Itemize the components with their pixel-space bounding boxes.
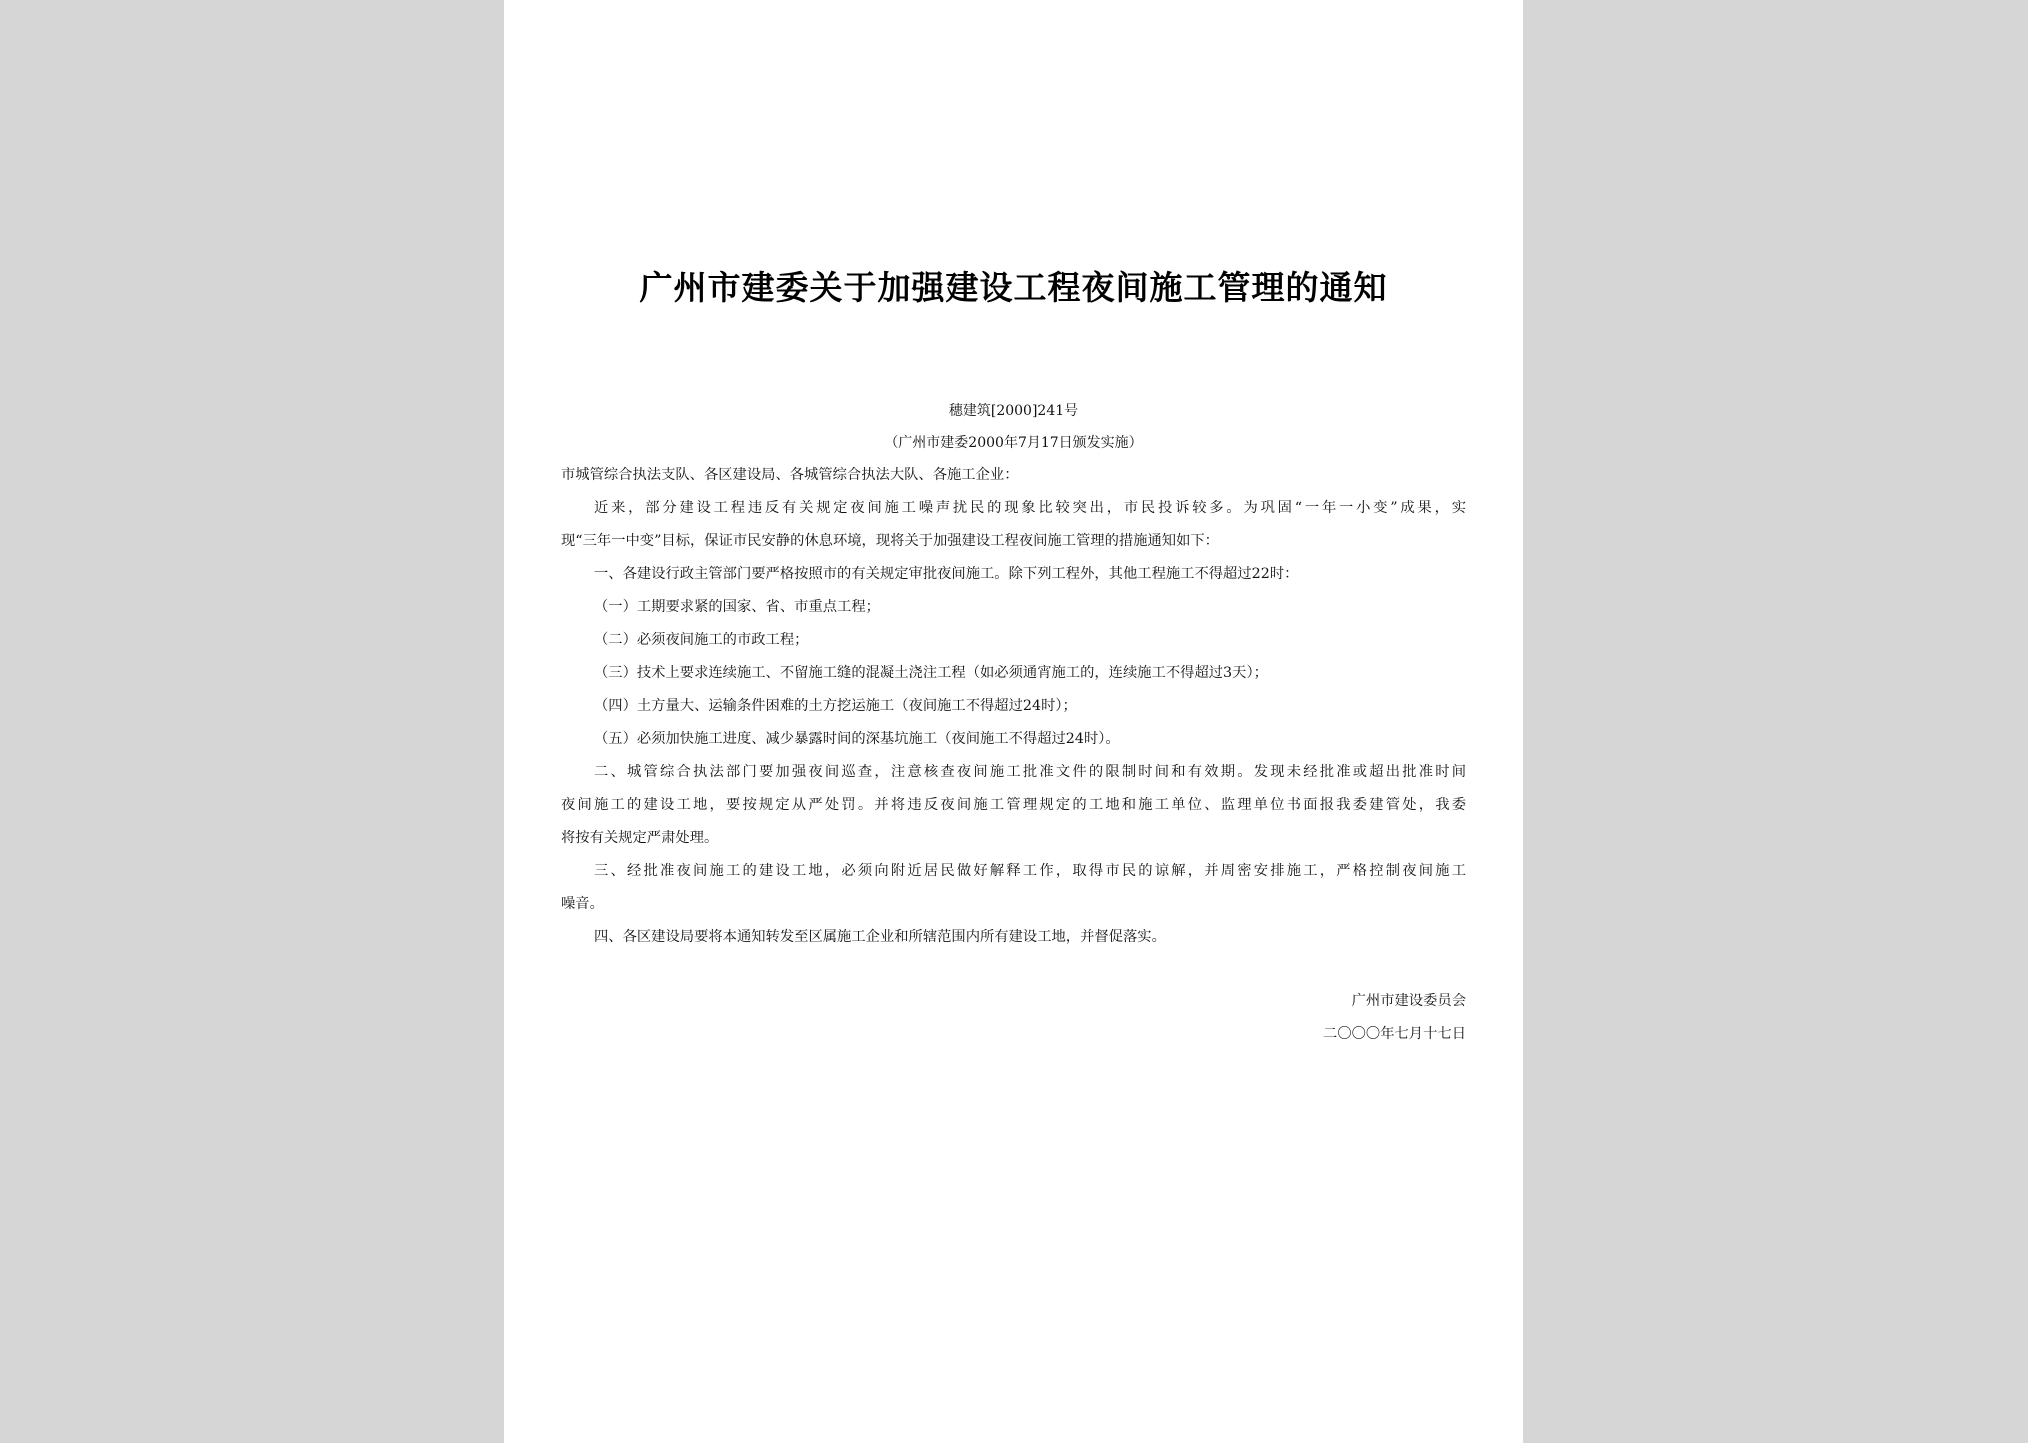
document-page: 广州市建委关于加强建设工程夜间施工管理的通知 穗建筑[2000]241号 （广州… bbox=[504, 0, 1523, 1443]
body-line: 三、经批准夜间施工的建设工地，必须向附近居民做好解释工作，取得市民的谅解，并周密… bbox=[561, 860, 1466, 893]
document-title: 广州市建委关于加强建设工程夜间施工管理的通知 bbox=[561, 262, 1466, 309]
body-line: （二）必须夜间施工的市政工程； bbox=[561, 629, 1466, 662]
signature-block: 广州市建设委员会 二〇〇〇年七月十七日 bbox=[1323, 990, 1466, 1056]
document-body: 市城管综合执法支队、各区建设局、各城管综合执法大队、各施工企业： 近来，部分建设… bbox=[561, 464, 1466, 959]
body-line: （四）土方量大、运输条件困难的土方挖运施工（夜间施工不得超过24时）； bbox=[561, 695, 1466, 728]
body-line: 二、城管综合执法部门要加强夜间巡查，注意核查夜间施工批准文件的限制时间和有效期。… bbox=[561, 761, 1466, 794]
body-line: 将按有关规定严肃处理。 bbox=[561, 827, 1466, 860]
body-line: （一）工期要求紧的国家、省、市重点工程； bbox=[561, 596, 1466, 629]
body-line: 四、各区建设局要将本通知转发至区属施工企业和所辖范围内所有建设工地，并督促落实。 bbox=[561, 926, 1466, 959]
addressee-line: 市城管综合执法支队、各区建设局、各城管综合执法大队、各施工企业： bbox=[561, 464, 1466, 497]
body-line: 夜间施工的建设工地，要按规定从严处罚。并将违反夜间施工管理规定的工地和施工单位、… bbox=[561, 794, 1466, 827]
body-line: （五）必须加快施工进度、减少暴露时间的深基坑施工（夜间施工不得超过24时）。 bbox=[561, 728, 1466, 761]
body-line: 噪音。 bbox=[561, 893, 1466, 926]
body-line: 现“三年一中变”目标，保证市民安静的休息环境，现将关于加强建设工程夜间施工管理的… bbox=[561, 530, 1466, 563]
signature-date: 二〇〇〇年七月十七日 bbox=[1323, 1023, 1466, 1056]
issued-note: （广州市建委2000年7月17日颁发实施） bbox=[561, 432, 1466, 452]
body-line: 近来，部分建设工程违反有关规定夜间施工噪声扰民的现象比较突出，市民投诉较多。为巩… bbox=[561, 497, 1466, 530]
signature-organization: 广州市建设委员会 bbox=[1323, 990, 1466, 1023]
body-line: 一、各建设行政主管部门要严格按照市的有关规定审批夜间施工。除下列工程外，其他工程… bbox=[561, 563, 1466, 596]
body-line: （三）技术上要求连续施工、不留施工缝的混凝土浇注工程（如必须通宵施工的，连续施工… bbox=[561, 662, 1466, 695]
document-number: 穗建筑[2000]241号 bbox=[561, 400, 1466, 420]
